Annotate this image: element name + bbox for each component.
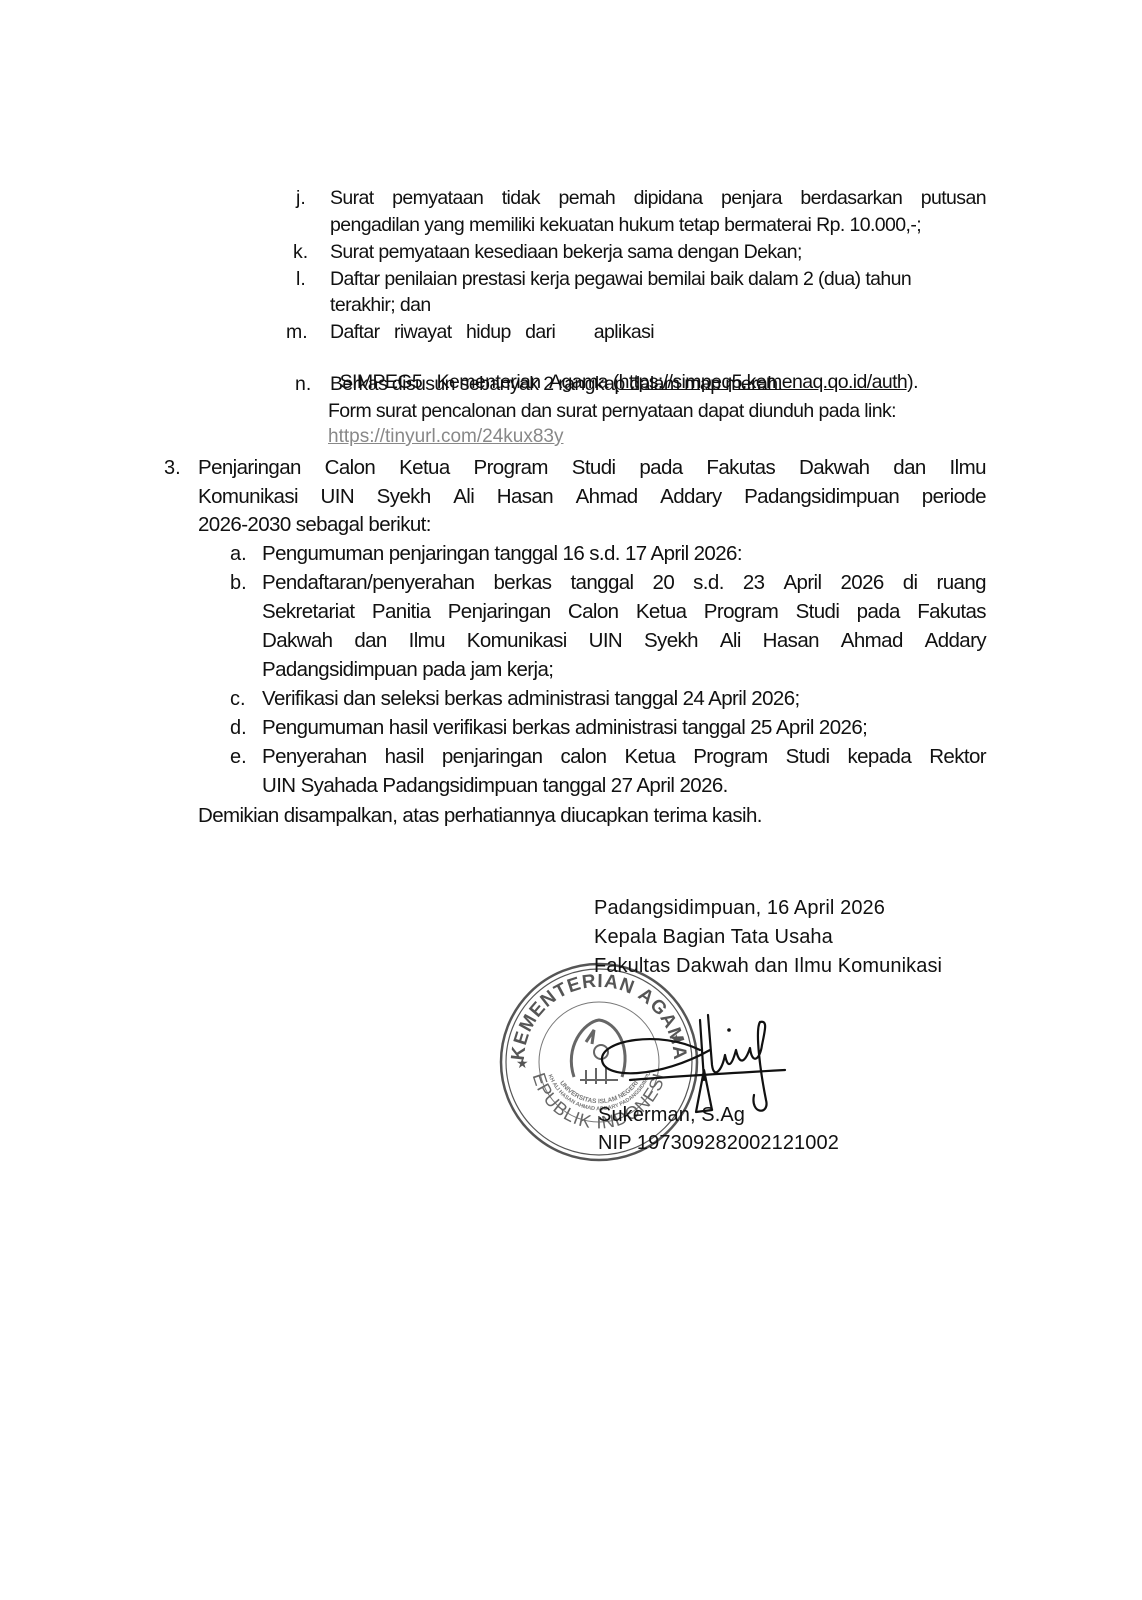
word: Rektor — [929, 745, 986, 769]
word: Ilmu — [409, 629, 445, 653]
signature-position: Kepala Bagian Tata Usaha — [594, 925, 833, 949]
word: UIN — [321, 485, 355, 509]
word: Syekh — [377, 485, 431, 509]
section-3-line-3: 2026-2030 sebagal berikut: — [198, 513, 431, 537]
section-3-line-2: KomunikasiUINSyekhAliHasanAhmadAddaryPad… — [198, 485, 986, 509]
word: pada — [857, 600, 900, 624]
word: pemyataan — [392, 186, 483, 210]
word: Penyerahan — [262, 745, 367, 769]
word: dan — [354, 629, 386, 653]
word: penjaringan — [442, 745, 543, 769]
word: di — [903, 571, 918, 595]
section-3-marker-c: c. — [230, 687, 246, 711]
word: pemah — [558, 186, 615, 210]
word: Program — [693, 745, 767, 769]
word: Studi — [796, 600, 840, 624]
section-3-item-b-line-2: SekretariatPanitiaPenjaringanCalonKetuaP… — [262, 600, 986, 624]
word: Hasan — [497, 485, 553, 509]
section-3-marker: 3. — [164, 456, 181, 480]
word: 23 — [743, 571, 765, 595]
word: Hasan — [763, 629, 819, 653]
word: putusan — [921, 186, 986, 210]
section-3-marker-d: d. — [230, 716, 247, 740]
word: berdasarkan — [800, 186, 902, 210]
item-l-line-1: Daftar penilaian prestasi kerja pegawai … — [330, 267, 911, 291]
section-3-item-a: Pengumuman penjaringan tanggal 16 s.d. 1… — [262, 542, 742, 566]
word: Penjaringan — [198, 456, 301, 480]
word: Komunikasi — [467, 629, 567, 653]
word: Dakwah — [262, 629, 332, 653]
item-n-line-1: Berkas disusun sebanyak 2 rangkap dalam … — [330, 372, 782, 396]
item-l-line-2: terakhir; dan — [330, 293, 431, 317]
word: hasil — [385, 745, 424, 769]
signatory-name: Sukerman, S.Ag — [598, 1103, 745, 1127]
word: Ketua — [636, 600, 687, 624]
word: Dakwah — [799, 456, 869, 480]
signature-place-date: Padangsidimpuan, 16 April 2026 — [594, 896, 885, 920]
word: Ahmad — [841, 629, 903, 653]
section-3-item-b-line-3: DakwahdanIlmuKomunikasiUINSyekhAliHasanA… — [262, 629, 986, 653]
list-marker-k: k. — [293, 240, 308, 264]
section-3-line-1: PenjaringanCalonKetuaProgramStudipadaFak… — [198, 456, 986, 480]
word: Komunikasi — [198, 485, 298, 509]
word: Panitia — [372, 600, 430, 624]
word: berkas — [494, 571, 552, 595]
word: Ahmad — [576, 485, 638, 509]
section-3-item-b-line-4: Padangsidimpuan pada jam kerja; — [262, 658, 553, 682]
word: Ali — [453, 485, 474, 509]
signature-unit: Fakultas Dakwah dan Ilmu Komunikasi — [594, 954, 942, 978]
item-j-line-1: Suratpemyataantidakpemahdipidanapenjarab… — [330, 186, 986, 210]
section-3-marker-e: e. — [230, 745, 247, 769]
svg-text:★: ★ — [516, 1055, 529, 1071]
section-3-marker-a: a. — [230, 542, 247, 566]
word: Fakutas — [917, 600, 986, 624]
word: ruang — [937, 571, 986, 595]
list-marker-m: m. — [286, 320, 308, 344]
word: UIN — [589, 629, 623, 653]
word: Ali — [720, 629, 741, 653]
item-j-line-2: pengadilan yang memiliki kekuatan hukum … — [330, 213, 921, 237]
word: Program — [474, 456, 548, 480]
word: 2026 — [840, 571, 883, 595]
signatory-nip: NIP 197309282002121002 — [598, 1131, 839, 1155]
word: Studi — [786, 745, 830, 769]
word: Calon — [568, 600, 619, 624]
word: Pendaftaran/penyerahan — [262, 571, 474, 595]
section-3-item-e-line-2: UIN Syahada Padangsidimpuan tanggal 27 A… — [262, 774, 728, 798]
word: s.d. — [693, 571, 724, 595]
section-3-item-b-line-1: Pendaftaran/penyerahanberkastanggal20s.d… — [262, 571, 986, 595]
list-marker-n: n. — [295, 372, 311, 396]
section-3-item-d: Pengumuman hasil verifikasi berkas admin… — [262, 716, 867, 740]
item-m-line-2-suffix: . — [913, 371, 918, 393]
word: dan — [893, 456, 925, 480]
word: Program — [704, 600, 778, 624]
list-marker-j: j. — [296, 186, 306, 210]
word: Padangsidimpuan — [744, 485, 899, 509]
word: tidak — [502, 186, 540, 210]
word: Ilmu — [950, 456, 986, 480]
form-note: Form surat pencalonan dan surat pernyata… — [328, 399, 896, 423]
word: dipidana — [634, 186, 703, 210]
word: calon — [560, 745, 606, 769]
section-3-marker-b: b. — [230, 571, 247, 595]
word: Addary — [925, 629, 986, 653]
form-download-link[interactable]: https://tinyurl.com/24kux83y — [328, 425, 564, 449]
item-k-line-1: Surat pemyataan kesediaan bekerja sama d… — [330, 240, 802, 264]
word: Calon — [325, 456, 376, 480]
word: Fakutas — [706, 456, 775, 480]
closing-sentence: Demikian disampalkan, atas perhatiannya … — [198, 804, 762, 828]
word: 20 — [653, 571, 675, 595]
word: Surat — [330, 186, 374, 210]
word: Ketua — [399, 456, 450, 480]
word: tanggal — [570, 571, 633, 595]
word: periode — [922, 485, 986, 509]
word: April — [783, 571, 821, 595]
word: Sekretariat — [262, 600, 355, 624]
list-marker-l: l. — [296, 267, 306, 291]
word: Syekh — [644, 629, 698, 653]
section-3-item-c: Verifikasi dan seleksi berkas administra… — [262, 687, 800, 711]
word: Penjaringan — [448, 600, 551, 624]
item-m-line-1: Daftar riwayat hidup dari aplikasi — [330, 320, 654, 344]
word: penjara — [721, 186, 782, 210]
word: Addary — [660, 485, 721, 509]
section-3-item-e-line-1: PenyerahanhasilpenjaringancalonKetuaProg… — [262, 745, 986, 769]
word: Ketua — [625, 745, 676, 769]
word: kepada — [847, 745, 911, 769]
word: pada — [639, 456, 682, 480]
word: Studi — [572, 456, 616, 480]
